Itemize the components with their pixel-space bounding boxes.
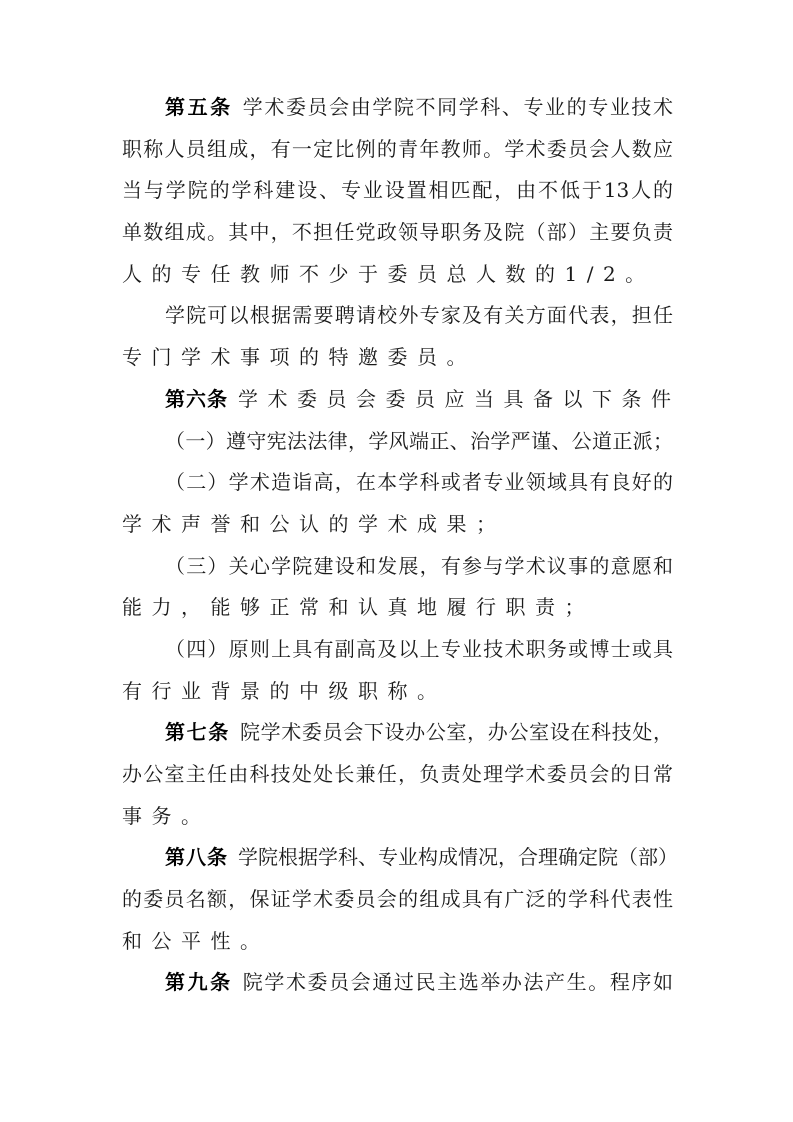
article-heading: 第六条	[165, 387, 228, 411]
text-line: 有行业背景的中级职称。	[122, 671, 673, 713]
text-line: 第九条院学术委员会通过民主选举办法产生。程序如	[122, 962, 673, 1004]
article-heading: 第五条	[165, 95, 233, 119]
text-line: （一）遵守宪法法律，学风端正、治学严谨、公道正派；	[122, 421, 673, 463]
article-5: 第五条学术委员会由学院不同学科、专业的专业技术 职称人员组成，有一定比例的青年教…	[122, 87, 673, 295]
article-7: 第七条院学术委员会下设办公室，办公室设在科技处， 办公室主任由科技处处长兼任，负…	[122, 712, 673, 837]
text-line: 职称人员组成，有一定比例的青年教师。学术委员会人数应	[122, 129, 673, 171]
line-text: 院学术委员会下设办公室，办公室设在科技处，	[240, 720, 673, 744]
article-8: 第八条学院根据学科、专业构成情况，合理确定院（部） 的委员名额，保证学术委员会的…	[122, 837, 673, 962]
text-line: 第五条学术委员会由学院不同学科、专业的专业技术	[122, 87, 673, 129]
document-page: 第五条学术委员会由学院不同学科、专业的专业技术 职称人员组成，有一定比例的青年教…	[122, 87, 673, 1004]
line-text: 学术委员会由学院不同学科、专业的专业技术	[243, 95, 673, 119]
text-line: 能力，能够正常和认真地履行职责；	[122, 587, 673, 629]
line-text: 学院根据学科、专业构成情况，合理确定院（部）	[238, 845, 673, 869]
article-6: 第六条学术委员会委员应当具备以下条件：	[122, 379, 673, 421]
text-line: 第七条院学术委员会下设办公室，办公室设在科技处，	[122, 712, 673, 754]
article-heading: 第九条	[165, 970, 233, 994]
article-6-item-1: （一）遵守宪法法律，学风端正、治学严谨、公道正派；	[122, 421, 673, 463]
text-line: 学术声誉和公认的学术成果；	[122, 504, 673, 546]
article-9: 第九条院学术委员会通过民主选举办法产生。程序如	[122, 962, 673, 1004]
article-6-item-3: （三）关心学院建设和发展，有参与学术议事的意愿和 能力，能够正常和认真地履行职责…	[122, 546, 673, 629]
text-line: （三）关心学院建设和发展，有参与学术议事的意愿和	[122, 546, 673, 588]
text-line: 学院可以根据需要聘请校外专家及有关方面代表，担任	[122, 295, 673, 337]
text-line: （二）学术造诣高，在本学科或者专业领域具有良好的	[122, 462, 673, 504]
text-line: 人的专任教师不少于委员总人数的1/2。	[122, 254, 673, 296]
text-line: 第八条学院根据学科、专业构成情况，合理确定院（部）	[122, 837, 673, 879]
text-line: （四）原则上具有副高及以上专业技术职务或博士或具	[122, 629, 673, 671]
article-6-item-4: （四）原则上具有副高及以上专业技术职务或博士或具 有行业背景的中级职称。	[122, 629, 673, 712]
text-line: 当与学院的学科建设、专业设置相匹配，由不低于13人的	[122, 170, 673, 212]
line-text: 院学术委员会通过民主选举办法产生。程序如	[243, 970, 673, 994]
article-heading: 第七条	[165, 720, 230, 744]
text-line: 事务。	[122, 796, 673, 838]
line-text: 学术委员会委员应当具备以下条件：	[238, 387, 673, 411]
text-line: 办公室主任由科技处处长兼任，负责处理学术委员会的日常	[122, 754, 673, 796]
text-line: 单数组成。其中，不担任党政领导职务及院（部）主要负责	[122, 212, 673, 254]
text-line: 第六条学术委员会委员应当具备以下条件：	[122, 379, 673, 421]
article-heading: 第八条	[165, 845, 228, 869]
text-line: 专门学术事项的特邀委员。	[122, 337, 673, 379]
text-line: 和公平性。	[122, 921, 673, 963]
article-5-paragraph-2: 学院可以根据需要聘请校外专家及有关方面代表，担任 专门学术事项的特邀委员。	[122, 295, 673, 378]
article-6-item-2: （二）学术造诣高，在本学科或者专业领域具有良好的 学术声誉和公认的学术成果；	[122, 462, 673, 545]
text-line: 的委员名额，保证学术委员会的组成具有广泛的学科代表性	[122, 879, 673, 921]
